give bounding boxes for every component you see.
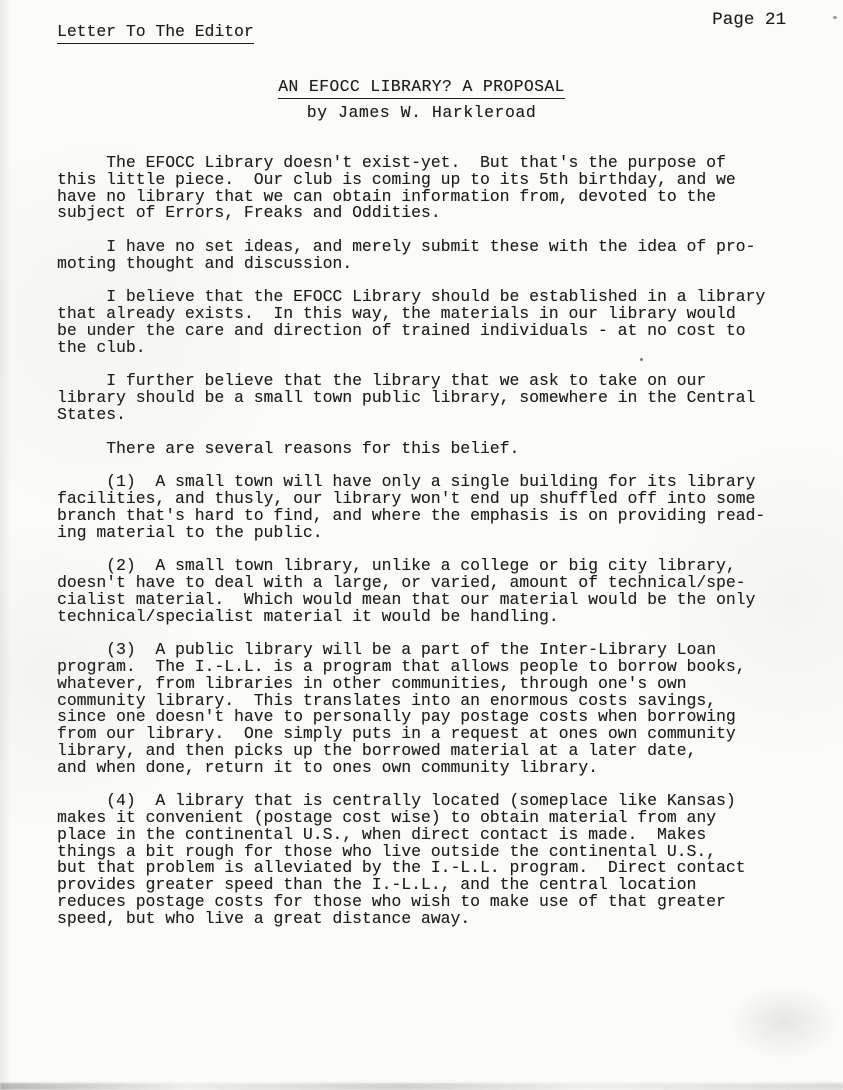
- article-body: The EFOCC Library doesn't exist-yet. But…: [57, 155, 765, 944]
- scan-artifact-bottom-edge: [0, 1083, 843, 1090]
- header-section: Letter To The Editor: [57, 24, 254, 41]
- body-paragraph-reason-3: (3) A public library will be a part of t…: [57, 642, 765, 776]
- body-paragraph-reason-4: (4) A library that is centrally located …: [57, 793, 765, 927]
- document-page: Letter To The Editor Page 21 AN EFOCC LI…: [0, 0, 843, 1090]
- body-paragraph-believe: I believe that the EFOCC Library should …: [57, 289, 765, 356]
- body-paragraph-reason-2: (2) A small town library, unlike a colle…: [57, 558, 765, 625]
- scan-artifact-speck: [833, 16, 837, 19]
- section-title: Letter To The Editor: [57, 22, 254, 44]
- body-paragraph-reasons: There are several reasons for this belie…: [57, 441, 765, 458]
- scan-artifact-left-edge: [0, 0, 12, 1090]
- body-paragraph-no-set-ideas: I have no set ideas, and merely submit t…: [57, 239, 765, 273]
- body-paragraph-further-believe: I further believe that the library that …: [57, 373, 765, 423]
- scan-artifact-right-smudge: [729, 985, 839, 1060]
- article-byline: by James W. Harkleroad: [0, 105, 843, 122]
- body-paragraph-intro: The EFOCC Library doesn't exist-yet. But…: [57, 155, 765, 222]
- article-title-block: AN EFOCC LIBRARY? A PROPOSAL: [0, 79, 843, 96]
- article-title: AN EFOCC LIBRARY? A PROPOSAL: [278, 77, 565, 99]
- page-number: Page 21: [712, 12, 786, 29]
- body-paragraph-reason-1: (1) A small town will have only a single…: [57, 474, 765, 541]
